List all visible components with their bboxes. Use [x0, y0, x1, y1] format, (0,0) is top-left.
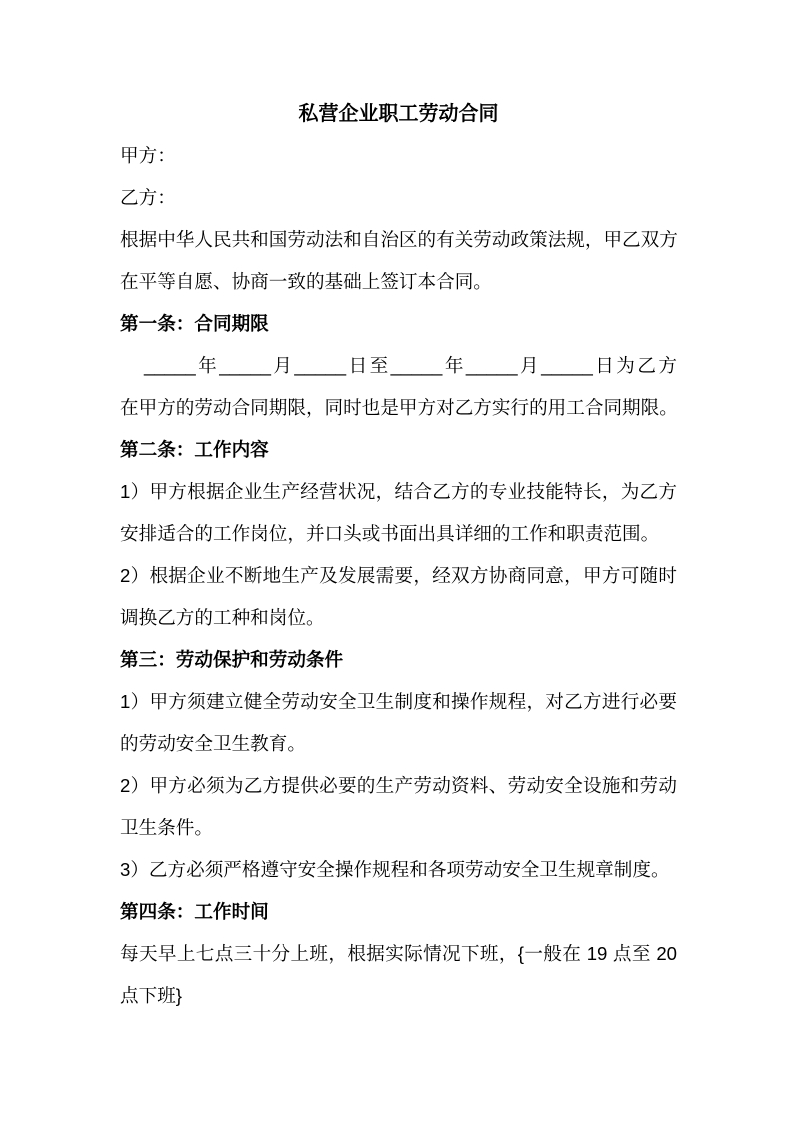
paragraph: 根据中华人民共和国劳动法和自治区的有关劳动政策法规，甲乙双方在平等自愿、协商一致…: [120, 219, 677, 303]
paragraph: _____年_____月_____日至_____年_____月_____日为乙方…: [120, 345, 677, 429]
paragraph: 乙方：: [120, 177, 677, 219]
text-line: 2）根据企业不断地生产及发展需要，经双方协商同意，甲方可随时: [120, 555, 677, 597]
paragraph: 1）甲方须建立健全劳动安全卫生制度和操作规程，对乙方进行必要的劳动安全卫生教育。: [120, 681, 677, 765]
section-heading: 第三：劳动保护和劳动条件: [120, 639, 677, 681]
document-title: 私营企业职工劳动合同: [120, 93, 677, 135]
document-page: 私营企业职工劳动合同 甲方：乙方：根据中华人民共和国劳动法和自治区的有关劳动政策…: [0, 0, 793, 1122]
text-line: 根据中华人民共和国劳动法和自治区的有关劳动政策法规，甲乙双方: [120, 219, 677, 261]
text-line: 1）甲方根据企业生产经营状况，结合乙方的专业技能特长，为乙方: [120, 471, 677, 513]
text-line: 在平等自愿、协商一致的基础上签订本合同。: [120, 261, 677, 303]
text-line: 调换乙方的工种和岗位。: [120, 597, 677, 639]
text-line: 在甲方的劳动合同期限，同时也是甲方对乙方实行的用工合同期限。: [120, 387, 677, 429]
text-line: 3）乙方必须严格遵守安全操作规程和各项劳动安全卫生规章制度。: [120, 849, 677, 891]
section-heading: 第四条：工作时间: [120, 891, 677, 933]
text-line: 2）甲方必须为乙方提供必要的生产劳动资料、劳动安全设施和劳动: [120, 765, 677, 807]
text-line: 甲方：: [120, 135, 677, 177]
document-content: 私营企业职工劳动合同 甲方：乙方：根据中华人民共和国劳动法和自治区的有关劳动政策…: [120, 93, 677, 1017]
text-line: 第三：劳动保护和劳动条件: [120, 639, 677, 681]
text-line: 第一条：合同期限: [120, 303, 677, 345]
text-line: 第二条：工作内容: [120, 429, 677, 471]
text-line: 每天早上七点三十分上班，根据实际情况下班，{一般在 19 点至 20: [120, 933, 677, 975]
paragraph: 每天早上七点三十分上班，根据实际情况下班，{一般在 19 点至 20点下班}: [120, 933, 677, 1017]
paragraphs: 甲方：乙方：根据中华人民共和国劳动法和自治区的有关劳动政策法规，甲乙双方在平等自…: [120, 135, 677, 1017]
paragraph: 甲方：: [120, 135, 677, 177]
text-line: 1）甲方须建立健全劳动安全卫生制度和操作规程，对乙方进行必要: [120, 681, 677, 723]
text-line: 卫生条件。: [120, 807, 677, 849]
paragraph: 3）乙方必须严格遵守安全操作规程和各项劳动安全卫生规章制度。: [120, 849, 677, 891]
section-heading: 第一条：合同期限: [120, 303, 677, 345]
text-line: 安排适合的工作岗位，并口头或书面出具详细的工作和职责范围。: [120, 513, 677, 555]
section-heading: 第二条：工作内容: [120, 429, 677, 471]
paragraph: 2）甲方必须为乙方提供必要的生产劳动资料、劳动安全设施和劳动卫生条件。: [120, 765, 677, 849]
text-line: _____年_____月_____日至_____年_____月_____日为乙方: [120, 345, 677, 387]
text-line: 的劳动安全卫生教育。: [120, 723, 677, 765]
paragraph: 1）甲方根据企业生产经营状况，结合乙方的专业技能特长，为乙方安排适合的工作岗位，…: [120, 471, 677, 555]
paragraph: 2）根据企业不断地生产及发展需要，经双方协商同意，甲方可随时调换乙方的工种和岗位…: [120, 555, 677, 639]
text-line: 第四条：工作时间: [120, 891, 677, 933]
text-line: 点下班}: [120, 975, 677, 1017]
text-line: 乙方：: [120, 177, 677, 219]
